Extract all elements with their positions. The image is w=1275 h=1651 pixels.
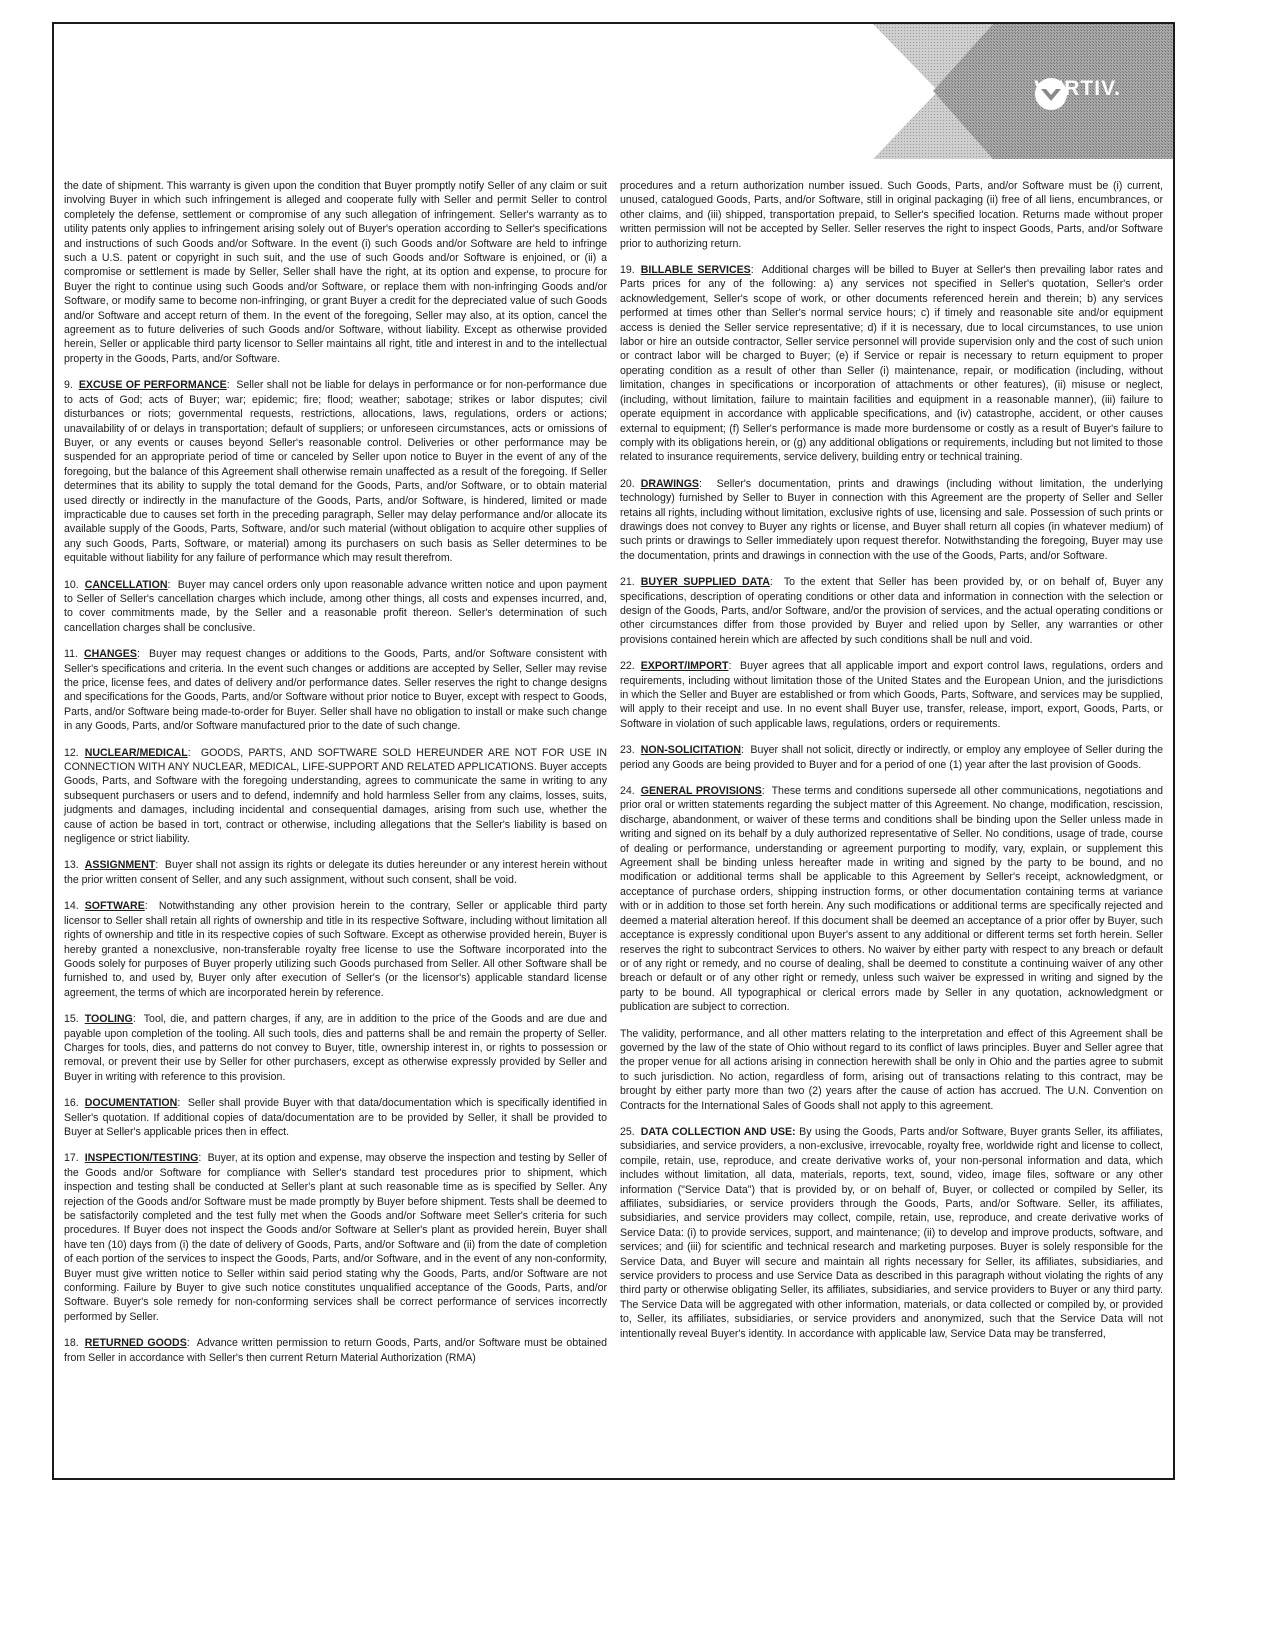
section-23: 23.NON-SOLICITATION: Buyer shall not sol… xyxy=(620,743,1163,772)
section-heading: GENERAL PROVISIONS xyxy=(641,785,762,797)
section-body: Buyer, at its option and expense, may ob… xyxy=(64,1152,607,1322)
section-19: 19.BILLABLE SERVICES: Additional charges… xyxy=(620,263,1163,465)
section-body: Tool, die, and pattern charges, if any, … xyxy=(64,1013,607,1083)
section-12: 12.NUCLEAR/MEDICAL: GOODS, PARTS, AND SO… xyxy=(64,746,607,847)
section-14: 14.SOFTWARE: Notwithstanding any other p… xyxy=(64,899,607,1000)
section-16: 16.DOCUMENTATION: Seller shall provide B… xyxy=(64,1096,607,1139)
section-21: 21.BUYER SUPPLIED DATA: To the extent th… xyxy=(620,575,1163,647)
section-9: 9.EXCUSE OF PERFORMANCE: Seller shall no… xyxy=(64,378,607,565)
left-column: the date of shipment. This warranty is g… xyxy=(64,179,607,1479)
section-heading: DOCUMENTATION xyxy=(85,1097,178,1109)
section-heading: INSPECTION/TESTING xyxy=(85,1152,199,1164)
vertiv-logo: VERTIV. xyxy=(1034,77,1121,101)
section-body: Additional charges will be billed to Buy… xyxy=(620,264,1163,463)
governing-law-paragraph: The validity, performance, and all other… xyxy=(620,1027,1163,1113)
continuation-paragraph: procedures and a return authorization nu… xyxy=(620,179,1163,251)
vertiv-chevron-logo-icon xyxy=(1034,77,1068,111)
section-heading: SOFTWARE xyxy=(85,900,145,912)
section-13: 13.ASSIGNMENT: Buyer shall not assign it… xyxy=(64,858,607,887)
section-heading: DRAWINGS xyxy=(641,478,699,490)
section-10: 10.CANCELLATION: Buyer may cancel orders… xyxy=(64,578,607,636)
section-heading: DATA COLLECTION AND USE: xyxy=(641,1126,796,1138)
section-heading: RETURNED GOODS xyxy=(85,1337,187,1349)
section-heading: CANCELLATION xyxy=(85,579,168,591)
section-heading: BILLABLE SERVICES xyxy=(641,264,751,276)
continuation-paragraph: the date of shipment. This warranty is g… xyxy=(64,179,607,366)
section-15: 15.TOOLING: Tool, die, and pattern charg… xyxy=(64,1012,607,1084)
right-column: procedures and a return authorization nu… xyxy=(620,179,1163,1479)
section-heading: NON-SOLICITATION xyxy=(641,744,741,756)
section-18: 18.RETURNED GOODS: Advance written permi… xyxy=(64,1336,607,1365)
two-column-body: the date of shipment. This warranty is g… xyxy=(64,179,1164,1479)
section-heading: EXPORT/IMPORT xyxy=(641,660,729,672)
section-24: 24.GENERAL PROVISIONS: These terms and c… xyxy=(620,784,1163,1015)
section-heading: CHANGES xyxy=(84,648,137,660)
section-body: By using the Goods, Parts and/or Softwar… xyxy=(620,1126,1163,1340)
section-heading: TOOLING xyxy=(85,1013,133,1025)
section-25: 25.DATA COLLECTION AND USE: By using the… xyxy=(620,1125,1163,1341)
section-heading: EXCUSE OF PERFORMANCE xyxy=(79,379,227,391)
section-22: 22.EXPORT/IMPORT: Buyer agrees that all … xyxy=(620,659,1163,731)
section-heading: ASSIGNMENT xyxy=(85,859,156,871)
section-body: Notwithstanding any other provision here… xyxy=(64,900,607,998)
section-body: GOODS, PARTS, AND SOFTWARE SOLD HEREUNDE… xyxy=(64,747,607,845)
document-page: VERTIV. the date of shipment. This warra… xyxy=(52,22,1175,1480)
section-heading: NUCLEAR/MEDICAL xyxy=(85,747,188,759)
section-17: 17.INSPECTION/TESTING: Buyer, at its opt… xyxy=(64,1151,607,1324)
section-body: Buyer may request changes or additions t… xyxy=(64,648,607,732)
section-body: These terms and conditions supersede all… xyxy=(620,785,1163,1013)
section-11: 11.CHANGES: Buyer may request changes or… xyxy=(64,647,607,733)
section-body: Seller's documentation, prints and drawi… xyxy=(620,478,1163,562)
header-graphic: VERTIV. xyxy=(823,24,1173,159)
section-heading: BUYER SUPPLIED DATA xyxy=(641,576,770,588)
section-body: Seller shall not be liable for delays in… xyxy=(64,379,607,564)
section-20: 20.DRAWINGS: Seller's documentation, pri… xyxy=(620,477,1163,563)
